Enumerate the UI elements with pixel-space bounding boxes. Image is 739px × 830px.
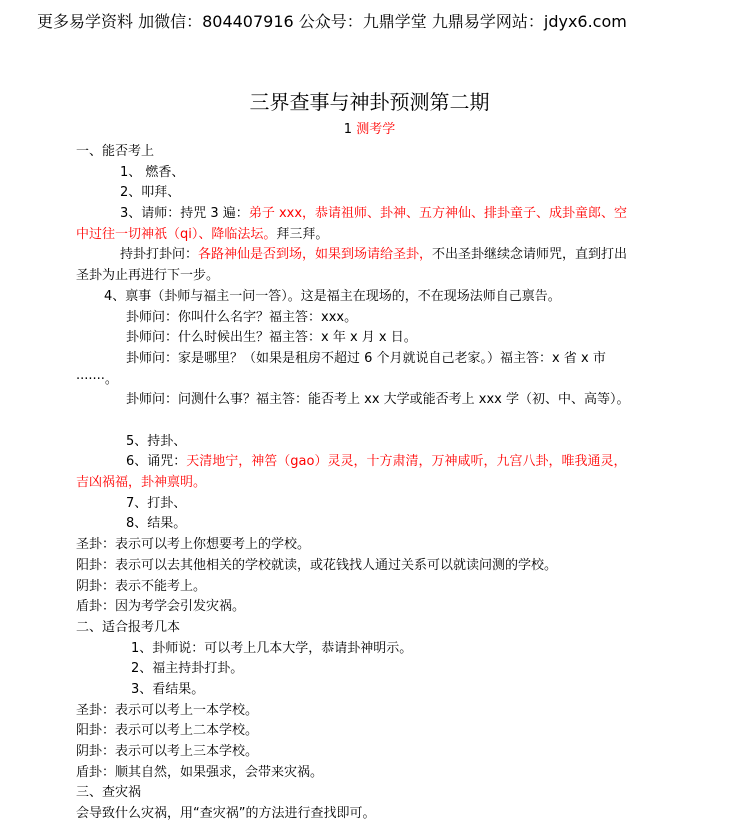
result-line: 盾卦：顺其自然，如果强求，会带来灾祸。 (76, 763, 636, 784)
subtitle: 1 测考学 (0, 120, 739, 140)
result-line: 阳卦：表示可以去其他相关的学校就读，或花钱找人通过关系可以就读问测的学校。 (76, 556, 636, 577)
step-item: 5、持卦、 (76, 432, 636, 453)
qa-line: 卦师问：家是哪里？（如果是租房不超过 6 个月就说自己老家。）福主答：x 省 x… (76, 349, 636, 390)
paragraph: 会导致什么灾祸，用“查灾祸”的方法进行查找即可。 (76, 804, 636, 825)
section-heading: 三、查灾祸 (76, 783, 636, 804)
result-line: 阳卦：表示可以考上二本学校。 (76, 721, 636, 742)
qa-line: 卦师问：什么时候出生？福主答：x 年 x 月 x 日。 (76, 328, 636, 349)
result-line: 圣卦：表示可以考上一本学校。 (76, 701, 636, 722)
result-line: 盾卦：因为考学会引发灾祸。 (76, 597, 636, 618)
step-item: 3、看结果。 (76, 680, 636, 701)
result-line: 圣卦：表示可以考上你想要考上的学校。 (76, 535, 636, 556)
watermark-banner: 更多易学资料 加微信：804407916 公众号：九鼎学堂 九鼎易学网站：jdy… (37, 10, 627, 34)
document-body: 一、能否考上 1、 燃香、 2、叩拜、 3、请师：持咒 3 遍：弟子 xxx，恭… (76, 142, 636, 825)
paragraph: 持卦打卦问：各路神仙是否到场，如果到场请给圣卦，不出圣卦继续念请师咒，直到打出圣… (76, 245, 636, 286)
section-heading: 二、适合报考几本 (76, 618, 636, 639)
subtitle-text: 测考学 (356, 122, 395, 137)
subtitle-number: 1 (344, 122, 356, 137)
result-line: 阴卦：表示可以考上三本学校。 (76, 742, 636, 763)
step-item: 4、禀事（卦师与福主一问一答）。这是福主在现场的，不在现场法师自己禀告。 (76, 287, 636, 308)
step-text: 6、诵咒： (126, 454, 186, 469)
step-item: 1、卦师说：可以考上几本大学，恭请卦神明示。 (76, 639, 636, 660)
step-item: 6、诵咒：天清地宁，神筶（gao）灵灵，十方肃清，万神咸听，九宫八卦，唯我通灵，… (76, 452, 636, 493)
para-text: 持卦打卦问： (120, 247, 198, 262)
step-text: 3、请师：持咒 3 遍： (120, 206, 249, 221)
step-item: 7、打卦、 (76, 494, 636, 515)
step-item: 2、福主持卦打卦。 (76, 659, 636, 680)
page-title: 三界查事与神卦预测第二期 (0, 88, 739, 116)
step-item: 8、结果。 (76, 514, 636, 535)
section-heading: 一、能否考上 (76, 142, 636, 163)
step-item: 2、叩拜、 (76, 183, 636, 204)
qa-line: 卦师问：你叫什么名字？福主答：xxx。 (76, 308, 636, 329)
step-text: 拜三拜。 (276, 227, 328, 242)
step-item: 1、 燃香、 (76, 163, 636, 184)
qa-line: 卦师问：问测什么事？福主答：能否考上 xx 大学或能否考上 xxx 学（初、中、… (76, 390, 636, 431)
incantation-text: 各路神仙是否到场，如果到场请给圣卦， (198, 247, 432, 262)
step-item: 3、请师：持咒 3 遍：弟子 xxx，恭请祖师、卦神、五方神仙、排卦童子、成卦童… (76, 204, 636, 245)
result-line: 阴卦：表示不能考上。 (76, 577, 636, 598)
